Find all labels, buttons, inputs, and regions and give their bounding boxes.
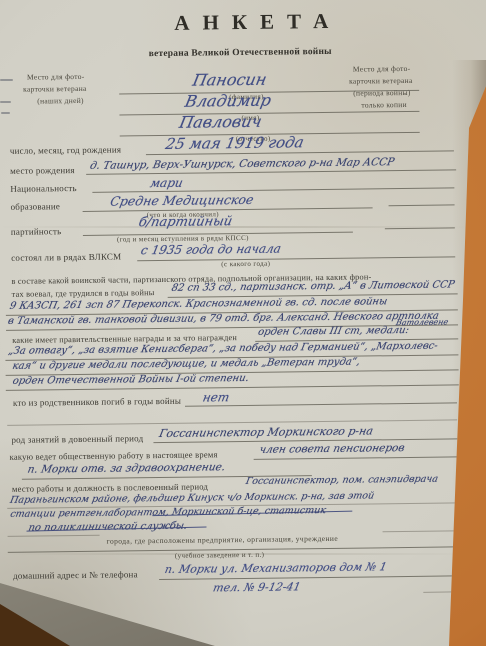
birth-place-value: д. Ташнур, Верх-Ушнурск, Советского р-на… bbox=[89, 156, 396, 172]
address-label: домашний адрес и № телефона bbox=[13, 569, 138, 581]
party-label: партийность bbox=[11, 226, 62, 237]
public-work-label: какую ведет общественную работу в настоя… bbox=[10, 449, 218, 462]
ruled-line bbox=[389, 204, 455, 206]
awards-value-line1: орден Славы III ст, медали: bbox=[257, 325, 410, 338]
photo-note-left-line1: Место для фото- bbox=[27, 72, 85, 82]
ruled-line bbox=[254, 456, 458, 459]
photo-note-right-line1: Место для фото- bbox=[353, 64, 411, 74]
public-work-value-line1: член совета пенсионеров bbox=[258, 442, 405, 456]
questionnaire-sheet: АНКЕТА ветерана Великой Отечественной во… bbox=[0, 0, 486, 646]
ruled-line bbox=[92, 187, 454, 192]
ruled-line bbox=[137, 256, 455, 261]
ruled-line bbox=[8, 535, 100, 537]
form-subtitle: ветерана Великой Отечественной войны bbox=[149, 47, 332, 59]
form-title: АНКЕТА bbox=[174, 9, 341, 36]
relatives-value: нет bbox=[202, 390, 231, 404]
ruled-line bbox=[7, 419, 457, 425]
patronymic-value: Павлович bbox=[178, 112, 264, 132]
photographed-document: АНКЕТА ветерана Великой Отечественной во… bbox=[0, 0, 486, 646]
birth-date-value: 25 мая 1919 года bbox=[164, 133, 306, 153]
awards-value-line4: орден Отечественной Войны I-ой степени. bbox=[12, 373, 250, 387]
photo-note-right-line2: карточки ветерана bbox=[349, 76, 413, 86]
education-value: Средне Медицинское bbox=[109, 192, 255, 209]
relatives-label: кто из родственников погиб в годы войны bbox=[13, 396, 181, 408]
education-label: образование bbox=[11, 201, 61, 212]
birth-date-label: число, месяц, год рождения bbox=[10, 144, 121, 155]
firstname-value: Владимир bbox=[183, 91, 273, 111]
ruled-line bbox=[119, 111, 419, 116]
komsomol-value: с 1935 года до начала bbox=[140, 242, 283, 258]
postwar-value-line1: Госсанинспектор, пом. санэпидврача bbox=[245, 474, 439, 487]
public-work-value-line2: п. Морки отв. за здравоохранение. bbox=[27, 461, 227, 475]
surname-value: Паносин bbox=[191, 70, 268, 90]
phone-value: тел. № 9-12-41 bbox=[212, 580, 302, 594]
ruled-line bbox=[159, 575, 459, 580]
ruled-line bbox=[383, 530, 459, 532]
address-value: п. Морки ул. Механизаторов дом № 1 bbox=[164, 560, 388, 576]
party-value: б/партийный bbox=[137, 214, 233, 230]
ruled-line bbox=[423, 591, 459, 592]
komsomol-sublabel: (с какого года) bbox=[221, 260, 270, 269]
photo-note-left-line3: (наших дней) bbox=[37, 96, 84, 106]
postwar-sublabel1: города, где расположены предприятие, орг… bbox=[107, 534, 338, 546]
prewar-label: род занятий в довоенный период bbox=[11, 433, 143, 445]
nationality-value: мари bbox=[149, 176, 184, 190]
war-service-value-line2: 9 КАЗСП, 261 зсп 87 Перекопск. Краснозна… bbox=[9, 296, 389, 312]
komsomol-label: состоял ли в рядах ВЛКСМ bbox=[11, 251, 121, 262]
prewar-value: Госсанинспектор Моркинского р-на bbox=[158, 424, 374, 440]
nationality-label: Национальность bbox=[10, 183, 77, 194]
postwar-sublabel2: (учебное заведение и т. п.) bbox=[175, 551, 265, 560]
photo-note-left-line2: карточки ветерана bbox=[23, 84, 87, 94]
photo-note-right-line4: только копии bbox=[361, 100, 407, 110]
ruled-line bbox=[385, 227, 455, 229]
war-service-value-line1: 82 сп 33 сд., партизанск. отр. „А“ в Лит… bbox=[170, 279, 455, 293]
war-service-label-line2: тах воевал, где трудился в годы войны bbox=[12, 288, 155, 299]
birth-place-label: место рождения bbox=[10, 165, 75, 176]
